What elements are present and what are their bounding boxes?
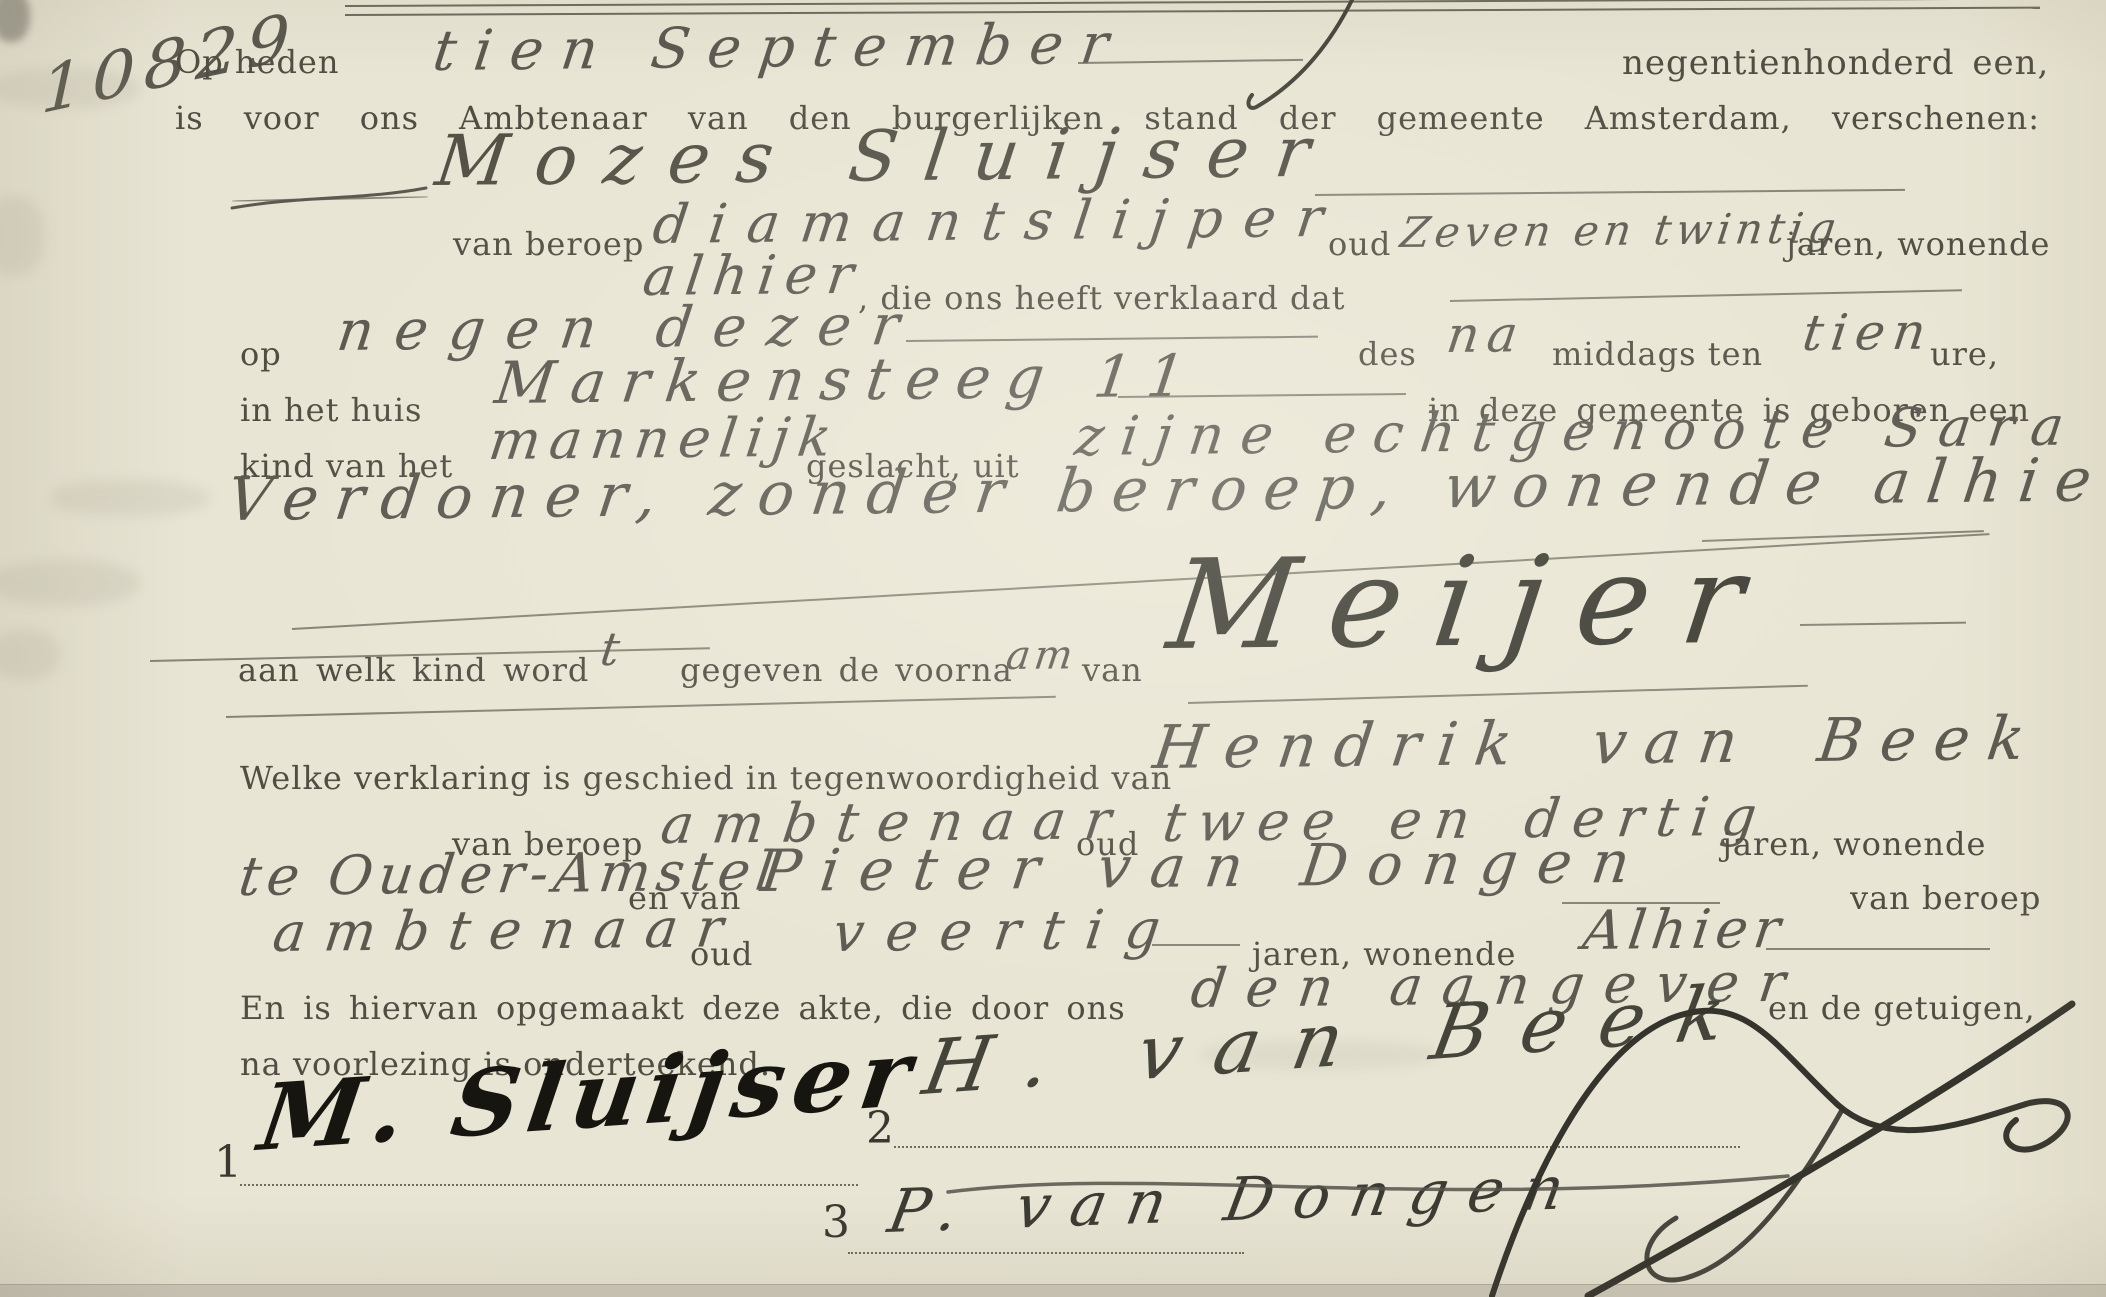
- slanted-blank-line-4: [226, 696, 1056, 718]
- signature-2-line: [894, 1146, 1740, 1148]
- signature-1-number: 1: [214, 1138, 243, 1189]
- printed-op: op: [240, 336, 282, 373]
- handwritten-mother-name: Verdoner, zonder beroep, wonende alhier: [224, 450, 2106, 530]
- printed-middags-ten: middags ten: [1552, 336, 1763, 373]
- bleedthrough-mark: [50, 480, 210, 516]
- slanted-blank-line-3: [1188, 685, 1808, 704]
- top-rule-2: [345, 7, 2040, 16]
- printed-oud: oud: [1328, 226, 1391, 263]
- handwritten-child-name: Meijer: [1162, 538, 1782, 668]
- handwritten-witness2-occupation: ambtenaar: [270, 901, 745, 960]
- printed-oud-3: oud: [690, 936, 753, 973]
- filler-line: [1800, 622, 1966, 626]
- printed-van: van: [1082, 652, 1143, 689]
- printed-van-beroep-3: van beroep: [1850, 880, 2041, 917]
- filler-line: [906, 336, 1318, 342]
- printed-des: des: [1358, 336, 1417, 373]
- handwritten-birth-hour: tien: [1800, 307, 1937, 358]
- printed-jaren-wonende: jaren, wonende: [1786, 226, 2050, 263]
- signature-3-line: [848, 1252, 1244, 1254]
- handwritten-daypart: na: [1444, 309, 1529, 360]
- top-pen-flourish: [1248, 0, 1352, 108]
- filler-line: [1152, 944, 1240, 946]
- printed-van-beroep: van beroep: [453, 226, 644, 263]
- handwritten-t: t: [598, 626, 623, 672]
- bleedthrough-mark: [0, 196, 45, 276]
- printed-in-het-huis: in het huis: [240, 392, 422, 429]
- printed-en-de-getuigen: en de getuigen,: [1768, 990, 2036, 1027]
- signature-2-number: 2: [866, 1104, 895, 1155]
- corner-smudge: [0, 0, 30, 42]
- bleedthrough-mark: [0, 560, 140, 606]
- filler-line: [1315, 189, 1905, 196]
- handwritten-birth-address: Markensteeg 11: [492, 347, 1204, 412]
- handwritten-registration-date: tien September: [430, 17, 1130, 80]
- filler-line: [232, 196, 428, 202]
- printed-year: negentienhonderd een,: [1622, 44, 2049, 83]
- page-bottom-edge: [0, 1284, 2106, 1297]
- printed-gegeven-voorna: gegeven de voorna: [680, 652, 1013, 689]
- handwritten-declarant-name: Mozes Sluijser: [432, 117, 1341, 196]
- birth-certificate-page: 10829 Op heden tien September negentienh…: [0, 0, 2106, 1297]
- signature-3-name: P. van Dongen: [884, 1158, 1589, 1242]
- filler-line: [1450, 289, 1962, 301]
- printed-die-ons: , die ons heeft verklaard dat: [858, 280, 1345, 317]
- registrar-paraph-loop: [1647, 1110, 1842, 1280]
- handwritten-witness2-name: Pieter van Dongen: [758, 833, 1653, 900]
- printed-jaren-wonende-2: jaren, wonende: [1722, 826, 1986, 863]
- handwritten-witness2-age: veertig: [830, 902, 1185, 960]
- handwritten-declarant-age: Zeven en twintig: [1398, 207, 1843, 254]
- bleedthrough-mark: [0, 630, 60, 680]
- handwritten-witness2-residence: Alhier: [1580, 902, 1789, 958]
- handwritten-am: am: [1004, 635, 1079, 676]
- top-rule-1: [345, 0, 2040, 7]
- printed-op-heden: Op heden: [175, 44, 339, 81]
- signature-1-line: [240, 1184, 858, 1186]
- handwritten-declarant-occupation: diamantslijper: [650, 191, 1347, 252]
- handwritten-witness1-name: Hendrik van Beek: [1150, 709, 2046, 778]
- filler-line: [1766, 948, 1990, 950]
- printed-ure: ure,: [1930, 336, 1999, 373]
- printed-aan-welk-kind: aan welk kind word: [238, 652, 589, 689]
- signature-3-number: 3: [822, 1198, 851, 1249]
